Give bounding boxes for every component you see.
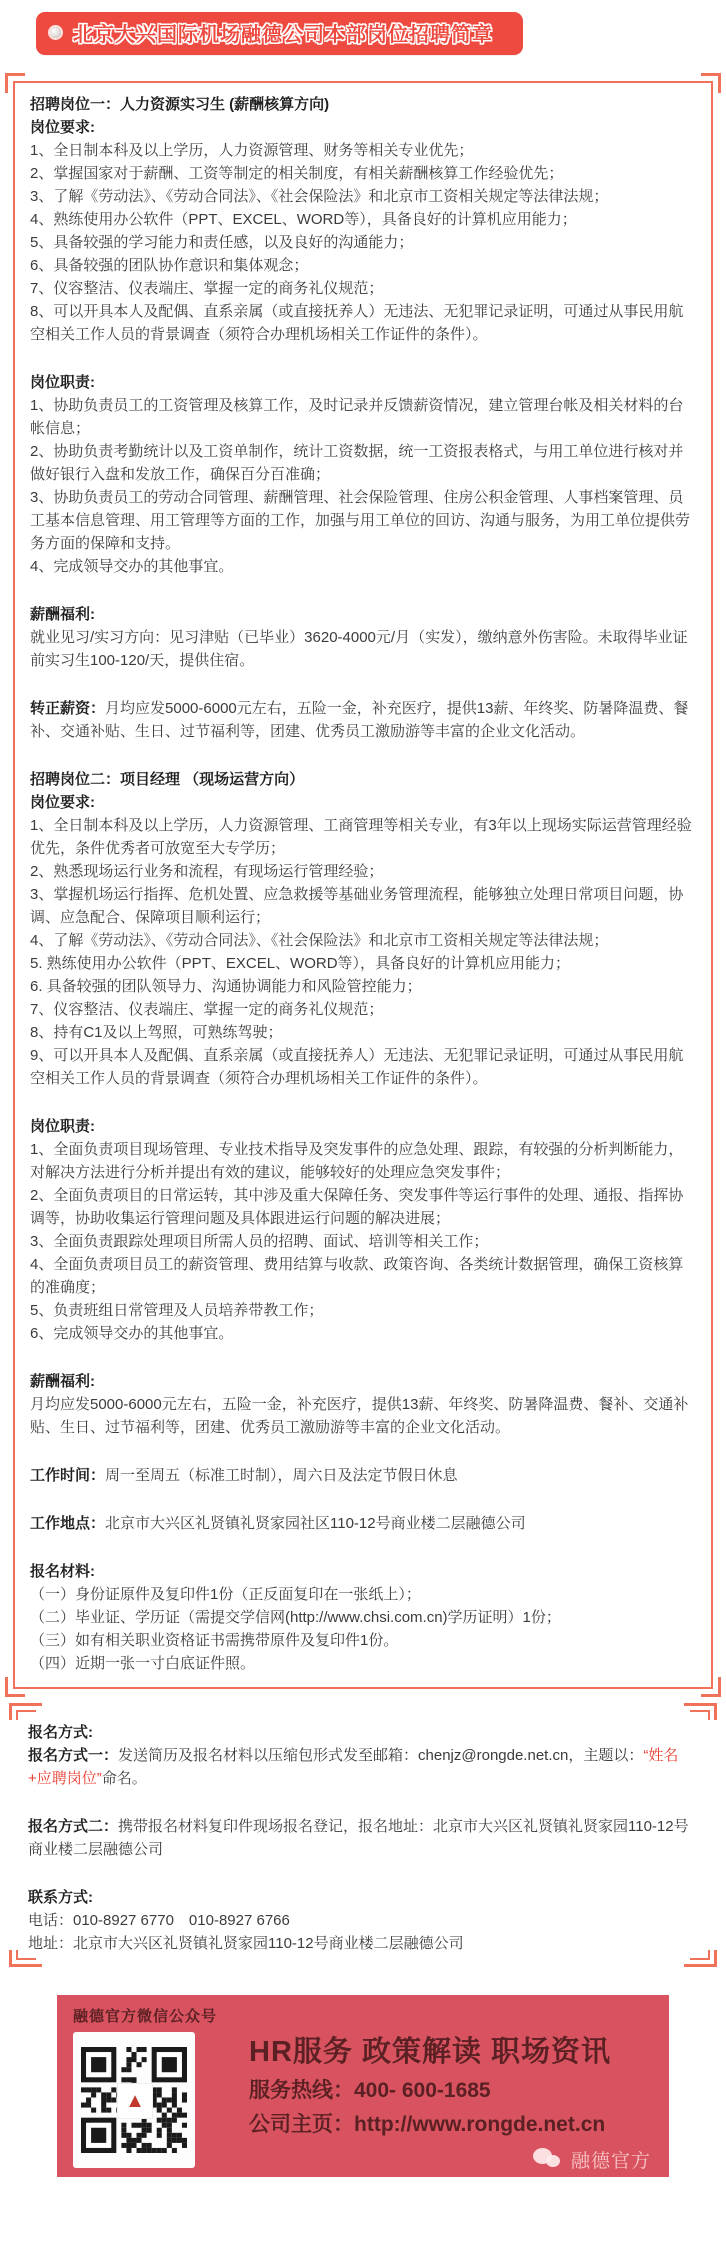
page-title: 北京大兴国际机场融德公司本部岗位招聘简章 [73,18,493,47]
section-gap [30,1487,696,1512]
section-heading: 岗位职责: [30,371,696,394]
text-line: 3、协助负责员工的劳动合同管理、薪酬管理、社会保险管理、住房公积金管理、人事档案… [30,486,696,555]
bullet-icon [50,27,61,38]
text-line: 5. 熟练使用办公软件（PPT、EXCEL、WORD等），具备良好的计算机应用能… [30,952,696,975]
corner-bracket-icon [683,1703,717,1723]
section-heading: 薪酬福利: [30,603,696,626]
job2-title: 招聘岗位二：项目经理 （现场运营方向） [30,768,696,791]
text-line: 2、熟悉现场运行业务和流程，有现场运行管理经验； [30,860,696,883]
section-gap [30,578,696,603]
text-line: 转正薪资：月均应发5000-6000元左右，五险一金，补充医疗，提供13薪、年终… [30,697,696,743]
text-line: 1、协助负责员工的工资管理及核算工作，及时记录并反馈薪资情况，建立管理台帐及相关… [30,394,696,440]
section-heading: 联系方式: [28,1886,698,1909]
text-line: 2、协助负责考勤统计以及工资单制作，统计工资数据，统一工资报表格式，与用工单位进… [30,440,696,486]
corner-decoration-icon [5,73,25,93]
text-line: 1、全日制本科及以上学历，人力资源管理、工商管理等相关专业，有3年以上现场实际运… [30,814,696,860]
text-line: 3、了解《劳动法》、《劳动合同法》、《社会保险法》和北京市工资相关规定等法律法规… [30,185,696,208]
text-line: （四）近期一张一寸白底证件照。 [30,1652,696,1675]
corner-bracket-icon [9,1703,43,1723]
work-location: 工作地点：北京市大兴区礼贤镇礼贤家园社区110-12号商业楼二层融德公司 [30,1512,696,1535]
text-line: 7、仪容整洁、仪表端庄、掌握一定的商务礼仪规范； [30,277,696,300]
box1-content: 招聘岗位一：人力资源实习生 (薪酬核算方向)岗位要求:1、全日制本科及以上学历，… [30,93,696,1675]
banner-right: HR服务 政策解读 职场资讯 服务热线：400- 600-1685 公司主页：h… [235,1995,669,2177]
text-line: 8、持有C1及以上驾照，可熟练驾驶； [30,1021,696,1044]
corner-decoration-icon [701,1677,721,1697]
recruitment-detail-box: 招聘岗位一：人力资源实习生 (薪酬核算方向)岗位要求:1、全日制本科及以上学历，… [13,81,713,1689]
wechat-account-row: 融德官方 [249,2146,651,2173]
text-line: （二）毕业证、学历证（需提交学信网(http://www.chsi.com.cn… [30,1606,696,1629]
section-gap [30,672,696,697]
work-time: 工作时间：周一至周五（标准工时制），周六日及法定节假日休息 [30,1464,696,1487]
text-line: 6、完成领导交办的其他事宜。 [30,1322,696,1345]
corner-decoration-icon [5,1677,25,1697]
section-gap [30,743,696,768]
wechat-banner: 融德官方微信公众号 ▲ HR服务 政策解读 职场资讯 服务热线：400- 600… [57,1995,669,2177]
banner-headline: HR服务 政策解读 职场资讯 [249,2029,651,2070]
banner-left: 融德官方微信公众号 ▲ [57,1995,235,2177]
contact-phone: 电话：010-8927 6770 010-8927 6766 [28,1909,698,1932]
apply-method-1: 报名方式一：发送简历及报名材料以压缩包形式发至邮箱：chenjz@rongde.… [28,1744,698,1790]
corner-decoration-icon [701,73,721,93]
text-line: 月均应发5000-6000元左右，五险一金，补充医疗，提供13薪、年终奖、防暑降… [30,1393,696,1439]
text-line: 6、具备较强的团队协作意识和集体观念； [30,254,696,277]
page-header: 北京大兴国际机场融德公司本部岗位招聘简章 [0,0,726,55]
text-line: 8、可以开具本人及配偶、直系亲属（或直接抚养人）无违法、无犯罪记录证明，可通过从… [30,300,696,346]
company-logo-icon: ▲ [117,2083,153,2119]
section-gap [30,1090,696,1115]
text-line: （三）如有相关职业资格证书需携带原件及复印件1份。 [30,1629,696,1652]
job1-title: 招聘岗位一：人力资源实习生 (薪酬核算方向) [30,93,696,116]
section-heading: 报名材料: [30,1560,696,1583]
text-line: 4、全面负责项目员工的薪资管理、费用结算与收款、政策咨询、各类统计数据管理，确保… [30,1253,696,1299]
text-line: 5、负责班组日常管理及人员培养带教工作； [30,1299,696,1322]
text-line: （一）身份证原件及复印件1份（正反面复印在一张纸上）； [30,1583,696,1606]
section-heading: 岗位要求: [30,791,696,814]
qr-code: ▲ [73,2032,195,2168]
section-heading: 岗位职责: [30,1115,696,1138]
text-line: 9、可以开具本人及配偶、直系亲属（或直接抚养人）无违法、无犯罪记录证明，可通过从… [30,1044,696,1090]
box2-content: 报名方式:报名方式一：发送简历及报名材料以压缩包形式发至邮箱：chenjz@ro… [28,1721,698,1955]
apply-method-2: 报名方式二：携带报名材料复印件现场报名登记，报名地址：北京市大兴区礼贤镇礼贤家园… [28,1815,698,1861]
text-line: 1、全面负责项目现场管理、专业技术指导及突发事件的应急处理、跟踪，有较强的分析判… [30,1138,696,1184]
wechat-icon [533,2148,563,2172]
wechat-account-name: 融德官方 [571,2146,651,2173]
text-line: 4、完成领导交办的其他事宜。 [30,555,696,578]
section-heading: 薪酬福利: [30,1370,696,1393]
section-gap [28,1861,698,1886]
text-line: 4、了解《劳动法》、《劳动合同法》、《社会保险法》和北京市工资相关规定等法律法规… [30,929,696,952]
apply-contact-box: 报名方式:报名方式一：发送简历及报名材料以压缩包形式发至邮箱：chenjz@ro… [13,1703,713,1967]
text-line: 6. 具备较强的团队领导力、沟通协调能力和风险管控能力； [30,975,696,998]
contact-address: 地址：北京市大兴区礼贤镇礼贤家园110-12号商业楼二层融德公司 [28,1932,698,1955]
section-gap [30,1439,696,1464]
section-gap [28,1790,698,1815]
banner-hotline: 服务热线：400- 600-1685 [249,2074,651,2104]
text-line: 就业见习/实习方向：见习津贴（已毕业）3620-4000元/月（实发），缴纳意外… [30,626,696,672]
section-gap [30,346,696,371]
section-heading: 岗位要求: [30,116,696,139]
text-line: 2、全面负责项目的日常运转，其中涉及重大保障任务、突发事件等运行事件的处理、通报… [30,1184,696,1230]
qr-label: 融德官方微信公众号 [73,2005,235,2026]
section-gap [30,1535,696,1560]
text-line: 4、熟练使用办公软件（PPT、EXCEL、WORD等），具备良好的计算机应用能力… [30,208,696,231]
text-line: 3、掌握机场运行指挥、危机处置、应急救援等基础业务管理流程，能够独立处理日常项目… [30,883,696,929]
text-line: 1、全日制本科及以上学历，人力资源管理、财务等相关专业优先； [30,139,696,162]
banner-homepage: 公司主页：http://www.rongde.net.cn [249,2108,651,2138]
text-line: 2、掌握国家对于薪酬、工资等制定的相关制度，有相关薪酬核算工作经验优先； [30,162,696,185]
text-line: 3、全面负责跟踪处理项目所需人员的招聘、面试、培训等相关工作； [30,1230,696,1253]
title-banner: 北京大兴国际机场融德公司本部岗位招聘简章 [36,12,523,55]
text-line: 5、具备较强的学习能力和责任感，以及良好的沟通能力； [30,231,696,254]
text-line: 7、仪容整洁、仪表端庄、掌握一定的商务礼仪规范； [30,998,696,1021]
section-gap [30,1345,696,1370]
section-heading: 报名方式: [28,1721,698,1744]
